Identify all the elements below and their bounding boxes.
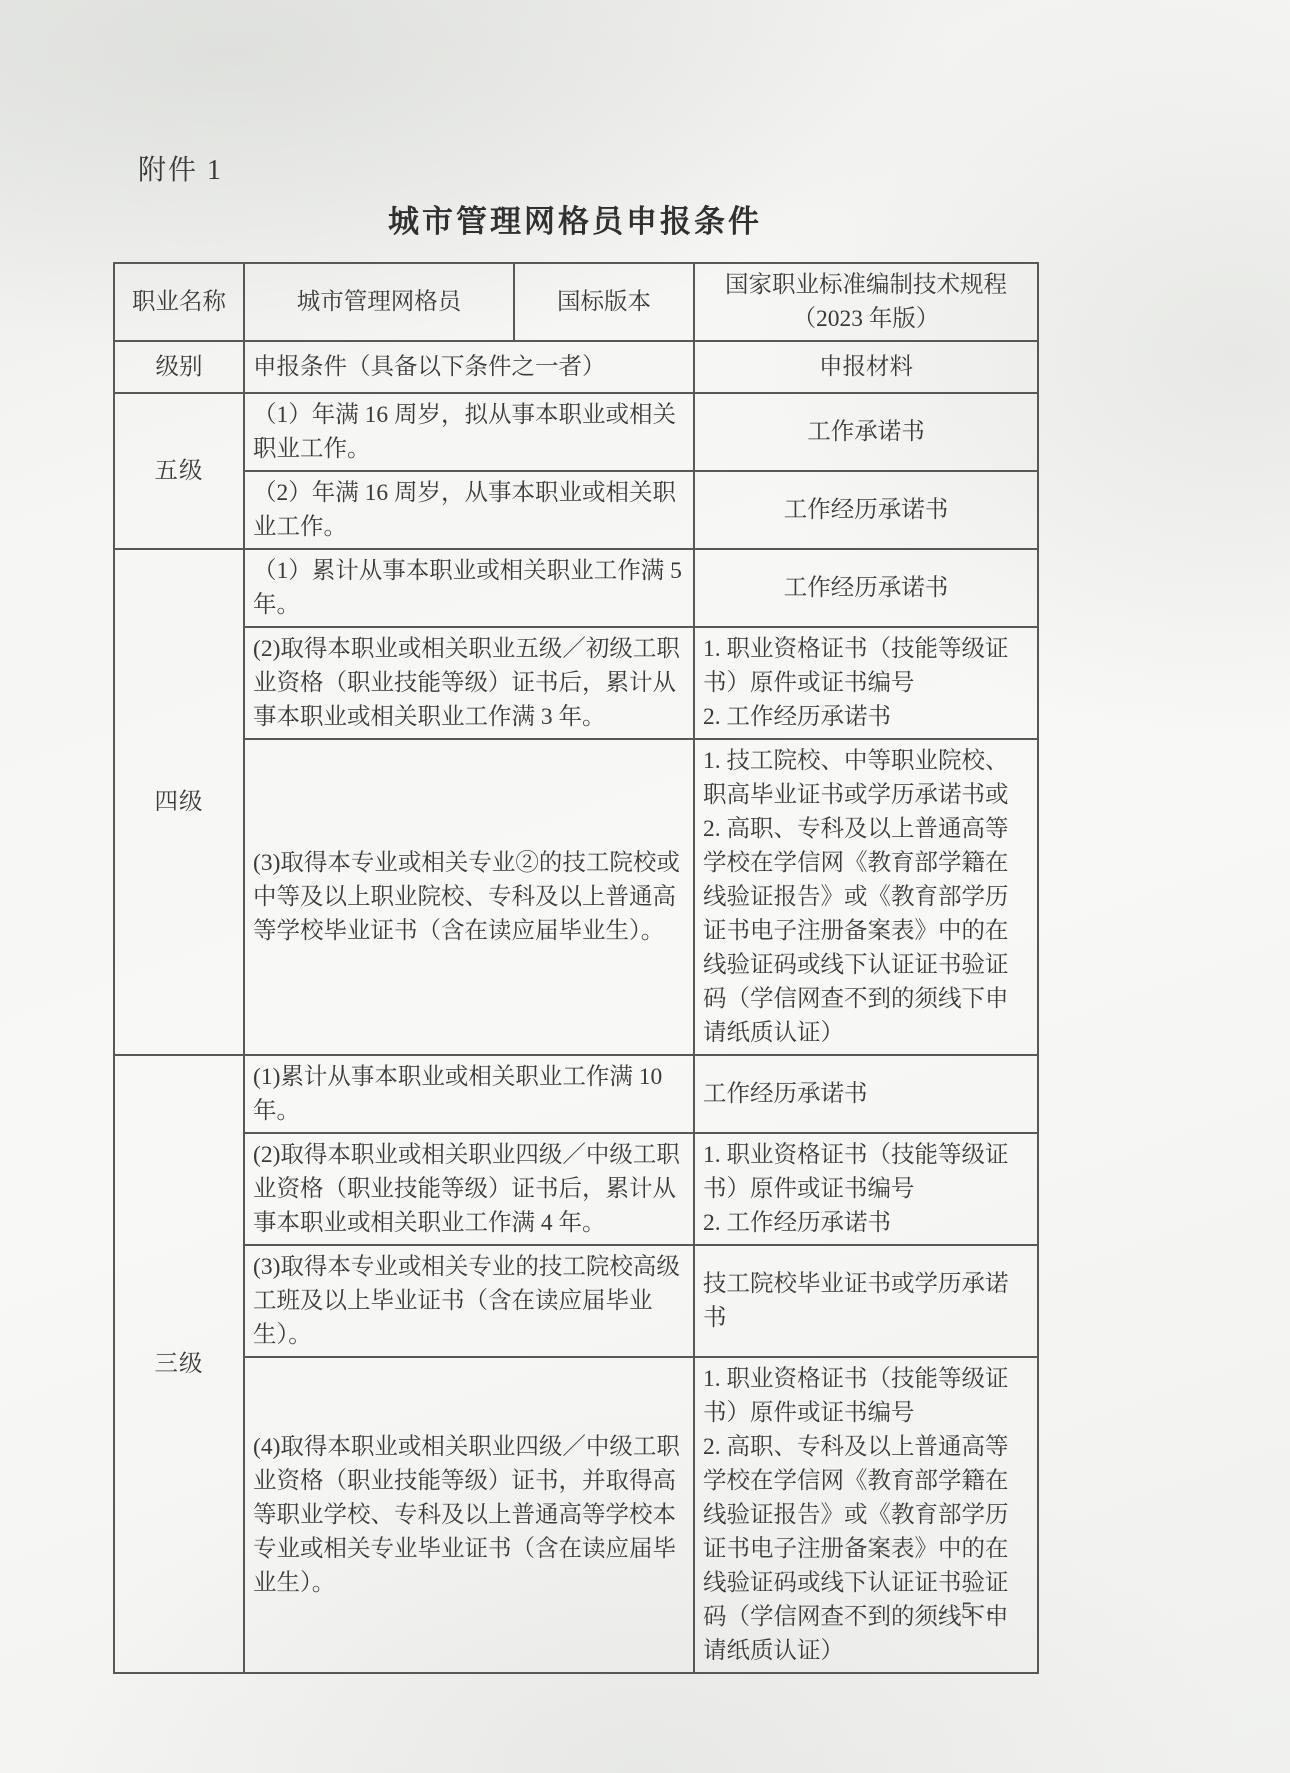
subheader-cell-materials: 申报材料 bbox=[694, 341, 1038, 393]
table-row-level4-1: 四级 （1）累计从事本职业或相关职业工作满 5 年。 工作经历承诺书 bbox=[114, 549, 1038, 627]
materials-cell: 1. 职业资格证书（技能等级证书）原件或证书编号 2. 高职、专科及以上普通高等… bbox=[694, 1357, 1038, 1673]
materials-cell: 技工院校毕业证书或学历承诺书 bbox=[694, 1245, 1038, 1357]
table-row-level4-3: (3)取得本专业或相关专业②的技工院校或中等及以上职业院校、专科及以上普通高等学… bbox=[114, 739, 1038, 1055]
condition-cell: （1）年满 16 周岁，拟从事本职业或相关职业工作。 bbox=[244, 393, 694, 471]
table-row-level3-2: (2)取得本职业或相关职业四级／中级工职业资格（职业技能等级）证书后，累计从事本… bbox=[114, 1133, 1038, 1245]
condition-cell: （2）年满 16 周岁，从事本职业或相关职业工作。 bbox=[244, 471, 694, 549]
level-cell-5: 五级 bbox=[114, 393, 244, 549]
page-number: - 5 - bbox=[940, 1598, 998, 1624]
header-cell-occupation-label: 职业名称 bbox=[114, 263, 244, 341]
material-item: 2. 高职、专科及以上普通高等学校在学信网《教育部学籍在线验证报告》或《教育部学… bbox=[703, 1430, 1029, 1668]
materials-cell: 工作经历承诺书 bbox=[694, 1055, 1038, 1133]
materials-cell: 1. 职业资格证书（技能等级证书）原件或证书编号 2. 工作经历承诺书 bbox=[694, 1133, 1038, 1245]
material-item: 2. 高职、专科及以上普通高等学校在学信网《教育部学籍在线验证报告》或《教育部学… bbox=[703, 812, 1029, 1050]
table-row-level3-3: (3)取得本专业或相关专业的技工院校高级工班及以上毕业证书（含在读应届毕业生）。… bbox=[114, 1245, 1038, 1357]
condition-cell: (3)取得本专业或相关专业的技工院校高级工班及以上毕业证书（含在读应届毕业生）。 bbox=[244, 1245, 694, 1357]
materials-cell: 工作经历承诺书 bbox=[694, 471, 1038, 549]
application-conditions-table: 职业名称 城市管理网格员 国标版本 国家职业标准编制技术规程 （2023 年版）… bbox=[113, 262, 1039, 1674]
level-cell-4: 四级 bbox=[114, 549, 244, 1055]
subheader-cell-level: 级别 bbox=[114, 341, 244, 393]
material-item: 工作承诺书 bbox=[703, 415, 1029, 449]
condition-cell: (3)取得本专业或相关专业②的技工院校或中等及以上职业院校、专科及以上普通高等学… bbox=[244, 739, 694, 1055]
material-item: 2. 工作经历承诺书 bbox=[703, 700, 1029, 734]
table-header-row: 职业名称 城市管理网格员 国标版本 国家职业标准编制技术规程 （2023 年版） bbox=[114, 263, 1038, 341]
material-item: 技工院校毕业证书或学历承诺书 bbox=[703, 1267, 1029, 1335]
standard-value-line1: 国家职业标准编制技术规程 bbox=[703, 268, 1029, 302]
materials-cell: 工作承诺书 bbox=[694, 393, 1038, 471]
header-cell-standard-value: 国家职业标准编制技术规程 （2023 年版） bbox=[694, 263, 1038, 341]
material-item: 工作经历承诺书 bbox=[703, 493, 1029, 527]
condition-cell: (4)取得本职业或相关职业四级／中级工职业资格（职业技能等级）证书，并取得高等职… bbox=[244, 1357, 694, 1673]
material-item: 2. 工作经历承诺书 bbox=[703, 1206, 1029, 1240]
header-cell-occupation-value: 城市管理网格员 bbox=[244, 263, 514, 341]
attachment-label: 附件 1 bbox=[138, 148, 223, 188]
material-item: 1. 职业资格证书（技能等级证书）原件或证书编号 bbox=[703, 1138, 1029, 1206]
table-row-level5-1: 五级 （1）年满 16 周岁，拟从事本职业或相关职业工作。 工作承诺书 bbox=[114, 393, 1038, 471]
table-row-level5-2: （2）年满 16 周岁，从事本职业或相关职业工作。 工作经历承诺书 bbox=[114, 471, 1038, 549]
table-row-level4-2: (2)取得本职业或相关职业五级／初级工职业资格（职业技能等级）证书后，累计从事本… bbox=[114, 627, 1038, 739]
material-item: 1. 技工院校、中等职业院校、职高毕业证书或学历承诺书或 bbox=[703, 744, 1029, 812]
material-item: 工作经历承诺书 bbox=[703, 571, 1029, 605]
condition-cell: （1）累计从事本职业或相关职业工作满 5 年。 bbox=[244, 549, 694, 627]
scanned-document-page: 附件 1 城市管理网格员申报条件 职业名称 城市管理网格员 国标版本 国家职业标… bbox=[0, 0, 1290, 1773]
table-row-level3-4: (4)取得本职业或相关职业四级／中级工职业资格（职业技能等级）证书，并取得高等职… bbox=[114, 1357, 1038, 1673]
level-cell-3: 三级 bbox=[114, 1055, 244, 1673]
condition-cell: (2)取得本职业或相关职业五级／初级工职业资格（职业技能等级）证书后，累计从事本… bbox=[244, 627, 694, 739]
header-cell-standard-label: 国标版本 bbox=[514, 263, 694, 341]
table-row-level3-1: 三级 (1)累计从事本职业或相关职业工作满 10 年。 工作经历承诺书 bbox=[114, 1055, 1038, 1133]
condition-cell: (1)累计从事本职业或相关职业工作满 10 年。 bbox=[244, 1055, 694, 1133]
material-item: 工作经历承诺书 bbox=[703, 1077, 1029, 1111]
material-item: 1. 职业资格证书（技能等级证书）原件或证书编号 bbox=[703, 1362, 1029, 1430]
materials-cell: 1. 职业资格证书（技能等级证书）原件或证书编号 2. 工作经历承诺书 bbox=[694, 627, 1038, 739]
condition-cell: (2)取得本职业或相关职业四级／中级工职业资格（职业技能等级）证书后，累计从事本… bbox=[244, 1133, 694, 1245]
material-item: 1. 职业资格证书（技能等级证书）原件或证书编号 bbox=[703, 632, 1029, 700]
materials-cell: 工作经历承诺书 bbox=[694, 549, 1038, 627]
document-title: 城市管理网格员申报条件 bbox=[113, 196, 1037, 241]
materials-cell: 1. 技工院校、中等职业院校、职高毕业证书或学历承诺书或 2. 高职、专科及以上… bbox=[694, 739, 1038, 1055]
standard-value-line2: （2023 年版） bbox=[703, 302, 1029, 336]
subheader-cell-conditions: 申报条件（具备以下条件之一者） bbox=[244, 341, 694, 393]
table-subheader-row: 级别 申报条件（具备以下条件之一者） 申报材料 bbox=[114, 341, 1038, 393]
